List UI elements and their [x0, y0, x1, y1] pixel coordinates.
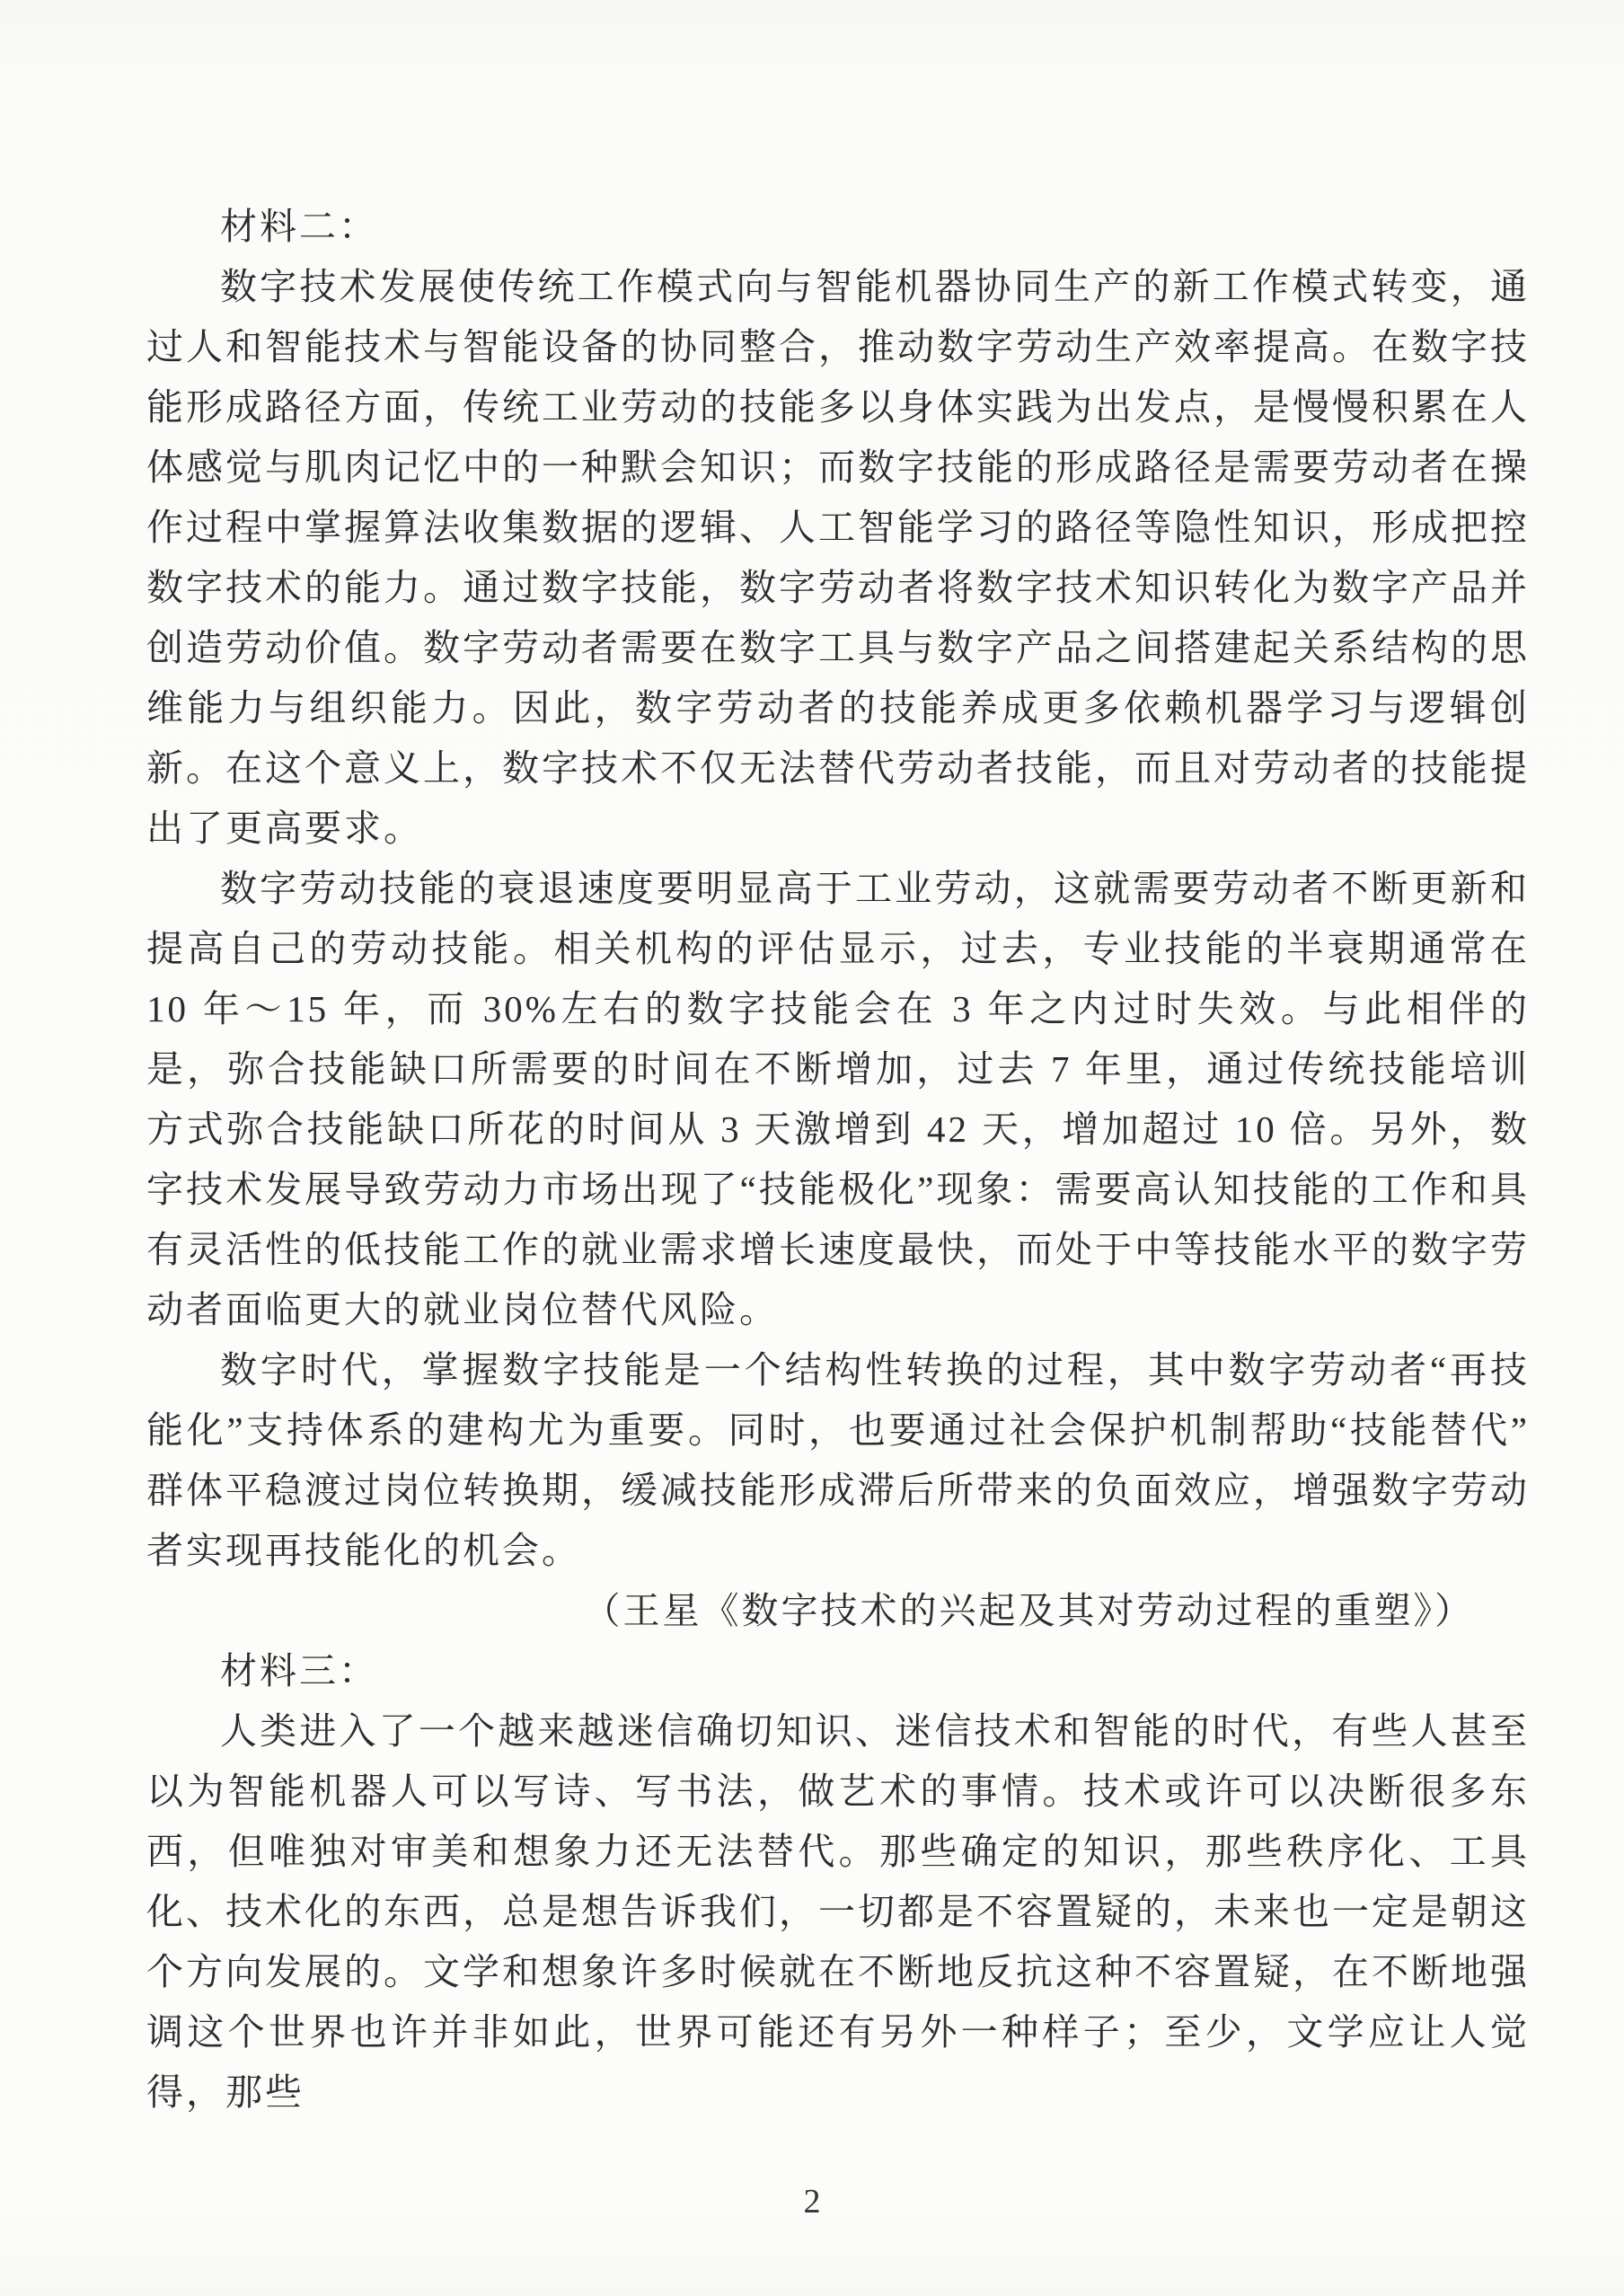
document-page: 材料二： 数字技术发展使传统工作模式向与智能机器协同生产的新工作模式转变，通过人…: [0, 0, 1624, 2296]
section-heading-material-3: 材料三：: [146, 1641, 1530, 1701]
material-2-paragraph-3: 数字时代，掌握数字技能是一个结构性转换的过程，其中数字劳动者“再技能化”支持体系…: [146, 1340, 1530, 1581]
material-2-paragraph-1: 数字技术发展使传统工作模式向与智能机器协同生产的新工作模式转变，通过人和智能技术…: [146, 257, 1530, 859]
section-heading-material-2: 材料二：: [146, 197, 1530, 257]
document-content: 材料二： 数字技术发展使传统工作模式向与智能机器协同生产的新工作模式转变，通过人…: [146, 197, 1530, 2123]
material-2-paragraph-2: 数字劳动技能的衰退速度要明显高于工业劳动，这就需要劳动者不断更新和提高自己的劳动…: [146, 859, 1530, 1340]
material-2-citation: （王星《数字技术的兴起及其对劳动过程的重塑》）: [146, 1581, 1530, 1641]
page-number: 2: [0, 2181, 1624, 2222]
material-3-paragraph-1: 人类进入了一个越来越迷信确切知识、迷信技术和智能的时代，有些人甚至以为智能机器人…: [146, 1701, 1530, 2123]
